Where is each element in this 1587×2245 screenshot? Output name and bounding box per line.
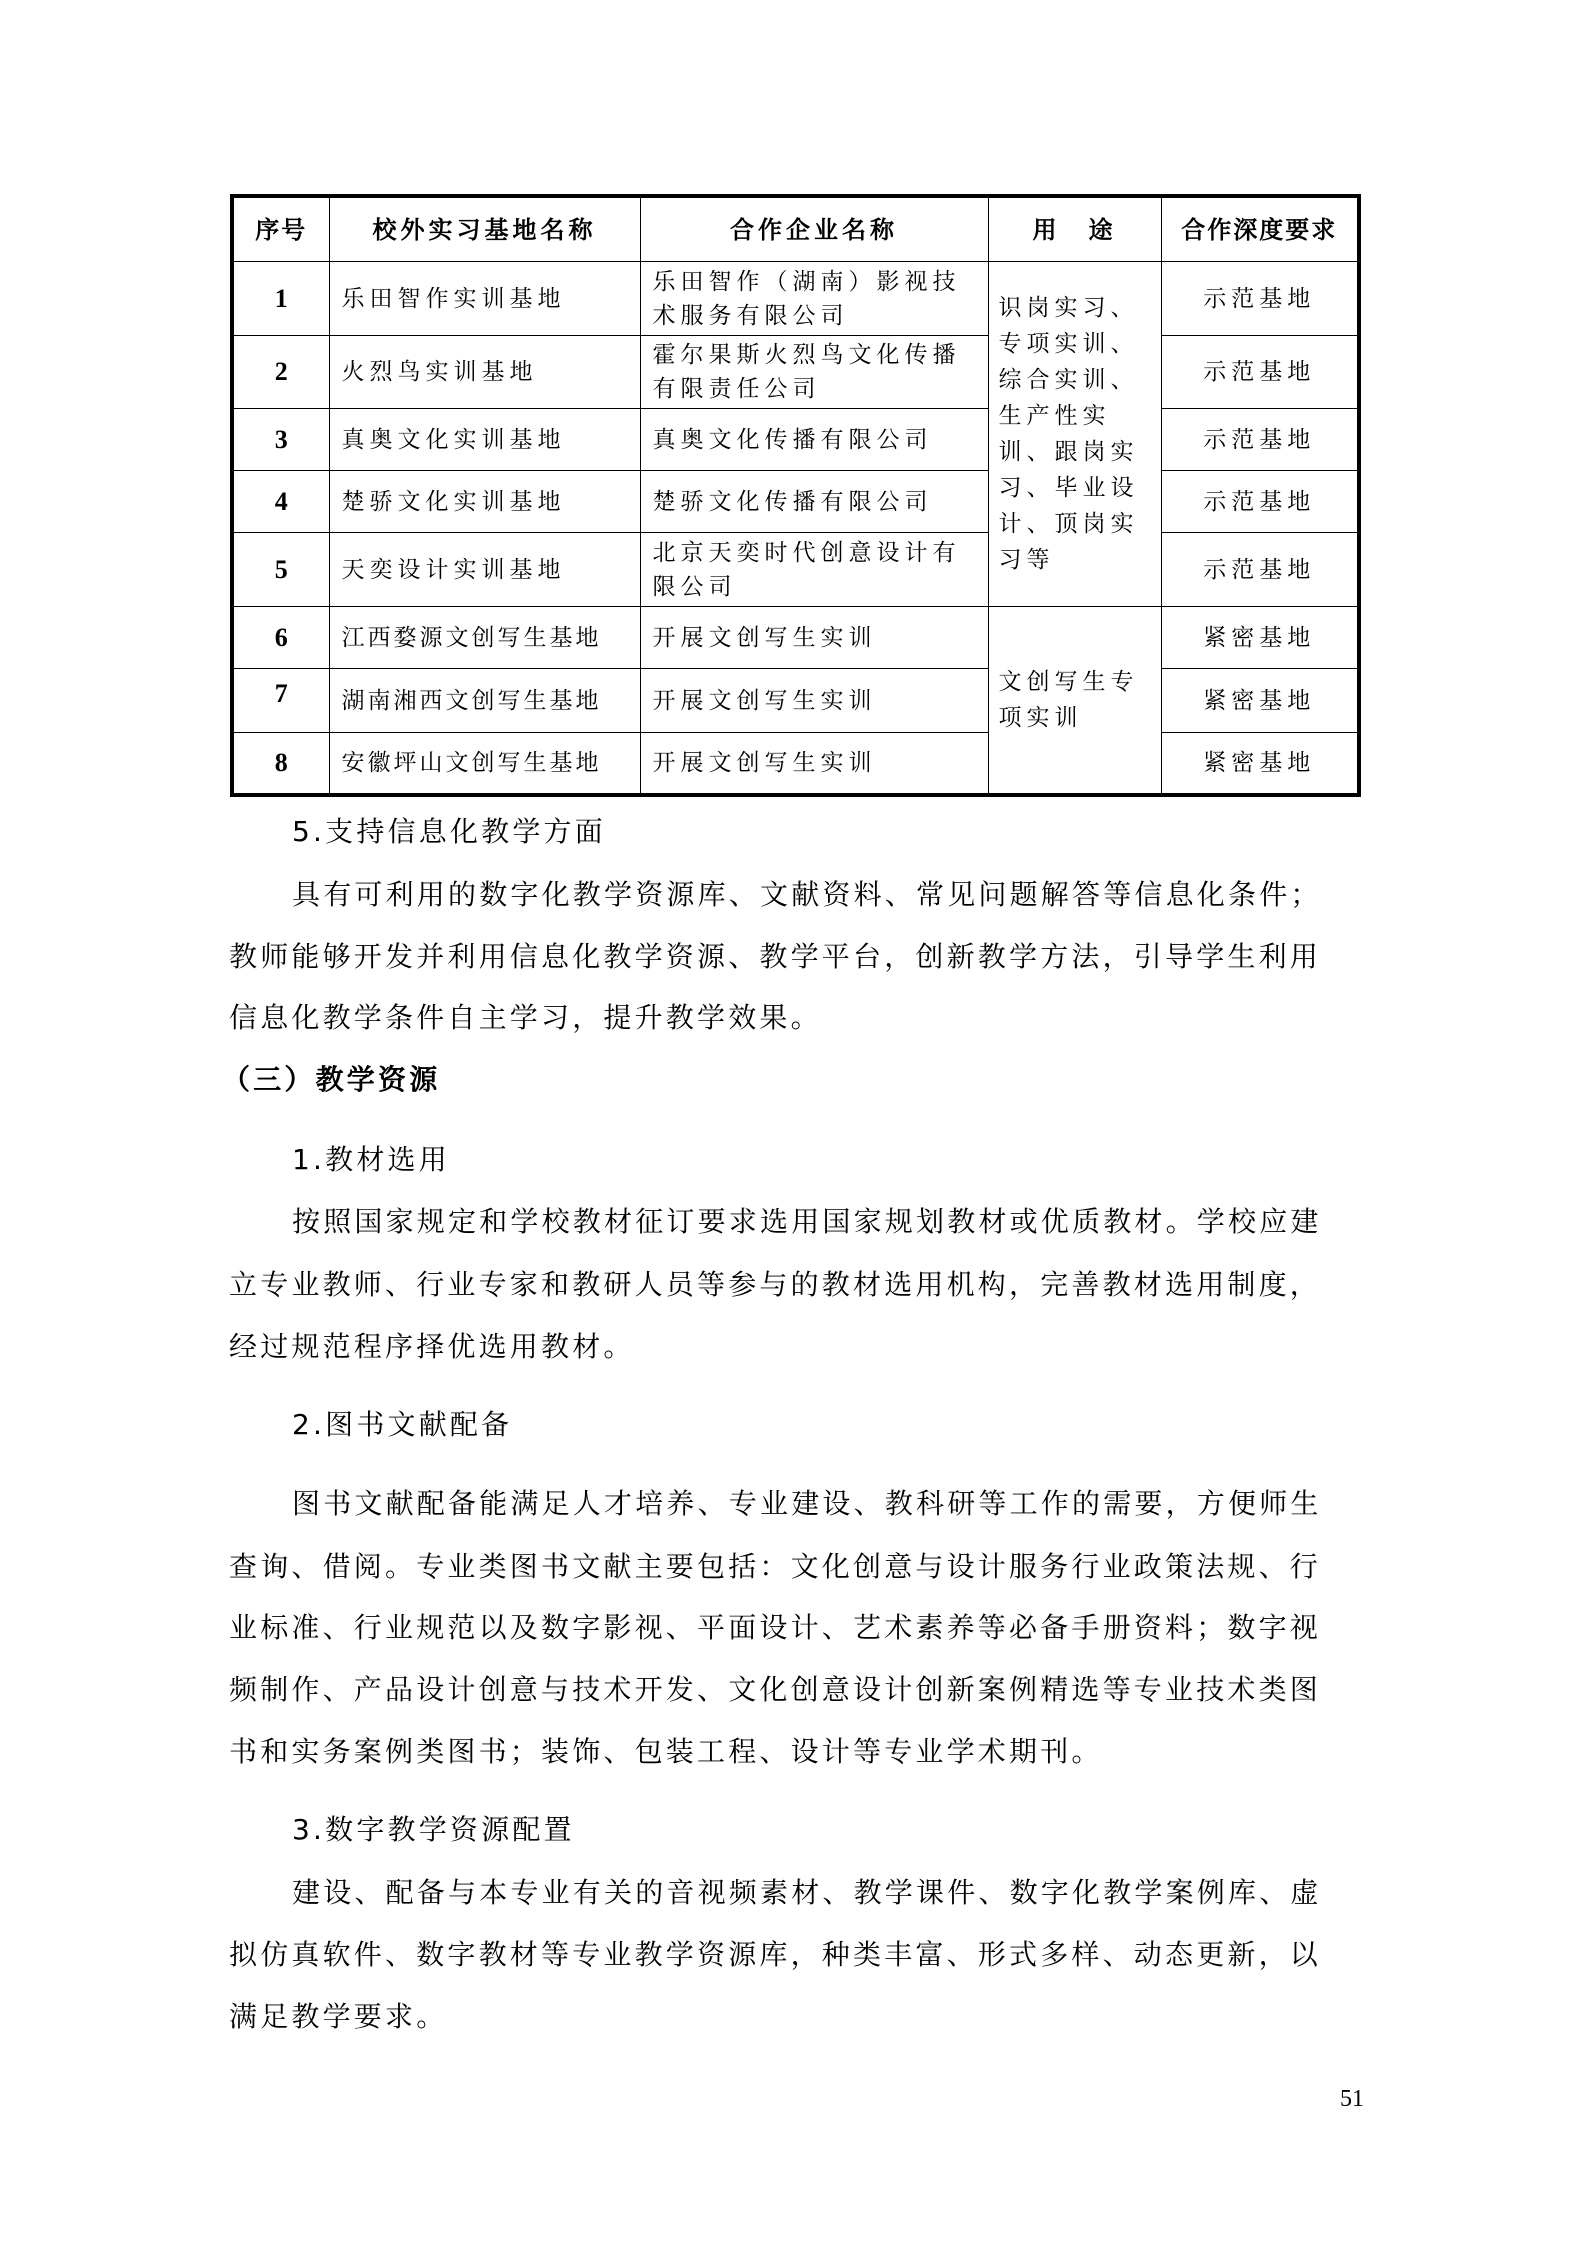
- row-company: 真奥文化传播有限公司: [640, 409, 988, 471]
- table-row: 7 湖南湘西文创写生基地 开展文创写生实训 紧密基地: [232, 669, 1359, 733]
- row-no: 2: [232, 336, 329, 409]
- row-depth: 紧密基地: [1161, 607, 1359, 669]
- row-base-name: 天奕设计实训基地: [329, 533, 640, 607]
- row-base-name: 湖南湘西文创写生基地: [329, 669, 640, 733]
- row-depth: 示范基地: [1161, 471, 1359, 533]
- row-no: 4: [232, 471, 329, 533]
- table-row: 4 楚骄文化实训基地 楚骄文化传播有限公司 示范基地: [232, 471, 1359, 533]
- section-heading-library: 2.图书文献配备: [292, 1408, 1418, 1442]
- row-depth: 示范基地: [1161, 262, 1359, 336]
- table-row: 3 真奥文化实训基地 真奥文化传播有限公司 示范基地: [232, 409, 1359, 471]
- table-row: 2 火烈鸟实训基地 霍尔果斯火烈鸟文化传播有限责任公司 示范基地: [232, 336, 1359, 409]
- internship-base-table-container: 序号 校外实习基地名称 合作企业名称 用 途 合作深度要求 1 乐田智作实训基地…: [230, 194, 1357, 797]
- paragraph-line: 拟仿真软件、数字教材等专业教学资源库，种类丰富、形式多样、动态更新，以: [229, 1938, 1355, 1972]
- row-use-group-2: 文创写生专项实训: [988, 607, 1161, 795]
- paragraph-line: 具有可利用的数字化教学资源库、文献资料、常见问题解答等信息化条件；: [292, 878, 1418, 912]
- header-company-name: 合作企业名称: [640, 196, 988, 262]
- section-heading-textbook: 1.教材选用: [292, 1143, 1418, 1177]
- paragraph-line: 满足教学要求。: [229, 2000, 1355, 2034]
- paragraph-line: 查询、借阅。专业类图书文献主要包括：文化创意与设计服务行业政策法规、行: [229, 1550, 1355, 1584]
- paragraph-line: 立专业教师、行业专家和教研人员等参与的教材选用机构，完善教材选用制度，: [229, 1268, 1355, 1302]
- paragraph-line: 信息化教学条件自主学习，提升教学效果。: [229, 1001, 1355, 1035]
- part-heading-teaching-resources: （三）教学资源: [222, 1063, 1348, 1097]
- paragraph-line: 教师能够开发并利用信息化教学资源、教学平台，创新教学方法，引导学生利用: [229, 940, 1355, 974]
- paragraph-line: 业标准、行业规范以及数字影视、平面设计、艺术素养等必备手册资料；数字视: [229, 1611, 1355, 1645]
- row-company: 乐田智作（湖南）影视技术服务有限公司: [640, 262, 988, 336]
- section-heading-digital-resources: 3.数字教学资源配置: [292, 1813, 1418, 1847]
- section-heading-5: 5.支持信息化教学方面: [292, 815, 1418, 849]
- row-depth: 紧密基地: [1161, 733, 1359, 795]
- row-depth: 示范基地: [1161, 533, 1359, 607]
- row-base-name: 安徽坪山文创写生基地: [329, 733, 640, 795]
- table-row: 8 安徽坪山文创写生基地 开展文创写生实训 紧密基地: [232, 733, 1359, 795]
- header-base-name: 校外实习基地名称: [329, 196, 640, 262]
- row-company: 开展文创写生实训: [640, 733, 988, 795]
- paragraph-line: 建设、配备与本专业有关的音视频素材、教学课件、数字化教学案例库、虚: [292, 1876, 1418, 1910]
- internship-base-table: 序号 校外实习基地名称 合作企业名称 用 途 合作深度要求 1 乐田智作实训基地…: [230, 194, 1361, 797]
- header-no: 序号: [232, 196, 329, 262]
- header-use: 用 途: [988, 196, 1161, 262]
- table-header-row: 序号 校外实习基地名称 合作企业名称 用 途 合作深度要求: [232, 196, 1359, 262]
- row-use-group-1: 识岗实习、专项实训、综合实训、生产性实训、跟岗实习、毕业设计、顶岗实习等: [988, 262, 1161, 607]
- row-company: 楚骄文化传播有限公司: [640, 471, 988, 533]
- paragraph-line: 频制作、产品设计创意与技术开发、文化创意设计创新案例精选等专业技术类图: [229, 1673, 1355, 1707]
- row-base-name: 楚骄文化实训基地: [329, 471, 640, 533]
- row-depth: 示范基地: [1161, 409, 1359, 471]
- row-depth: 紧密基地: [1161, 669, 1359, 733]
- row-no: 8: [232, 733, 329, 795]
- paragraph-line: 经过规范程序择优选用教材。: [229, 1330, 1355, 1364]
- row-no: 6: [232, 607, 329, 669]
- row-base-name: 乐田智作实训基地: [329, 262, 640, 336]
- paragraph-line: 按照国家规定和学校教材征订要求选用国家规划教材或优质教材。学校应建: [292, 1205, 1418, 1239]
- page-number: 51: [1340, 2086, 1364, 2113]
- header-depth: 合作深度要求: [1161, 196, 1359, 262]
- row-no: 3: [232, 409, 329, 471]
- table-row: 6 江西婺源文创写生基地 开展文创写生实训 文创写生专项实训 紧密基地: [232, 607, 1359, 669]
- row-company: 开展文创写生实训: [640, 607, 988, 669]
- row-company: 开展文创写生实训: [640, 669, 988, 733]
- row-base-name: 火烈鸟实训基地: [329, 336, 640, 409]
- row-no: 5: [232, 533, 329, 607]
- row-no: 1: [232, 262, 329, 336]
- row-base-name: 真奥文化实训基地: [329, 409, 640, 471]
- paragraph-line: 图书文献配备能满足人才培养、专业建设、教科研等工作的需要，方便师生: [292, 1487, 1418, 1521]
- table-row: 5 天奕设计实训基地 北京天奕时代创意设计有限公司 示范基地: [232, 533, 1359, 607]
- row-company: 北京天奕时代创意设计有限公司: [640, 533, 988, 607]
- row-base-name: 江西婺源文创写生基地: [329, 607, 640, 669]
- row-no: 7: [232, 669, 329, 733]
- table-row: 1 乐田智作实训基地 乐田智作（湖南）影视技术服务有限公司 识岗实习、专项实训、…: [232, 262, 1359, 336]
- paragraph-line: 书和实务案例类图书；装饰、包装工程、设计等专业学术期刊。: [229, 1735, 1355, 1769]
- row-company: 霍尔果斯火烈鸟文化传播有限责任公司: [640, 336, 988, 409]
- row-depth: 示范基地: [1161, 336, 1359, 409]
